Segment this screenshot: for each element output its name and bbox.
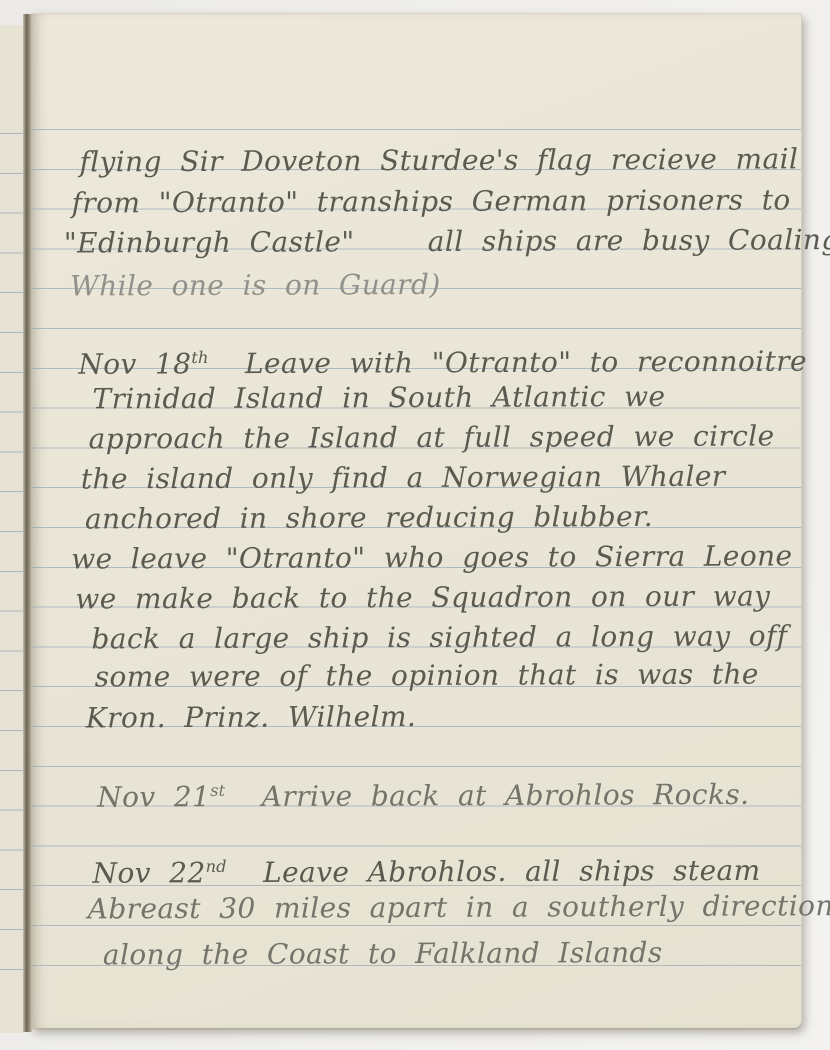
previous-page-edge xyxy=(0,25,23,1033)
diary-line: from "Otranto" tranships German prisoner… xyxy=(72,181,791,222)
diary-line: anchored in shore reducing blubber. xyxy=(85,498,653,538)
diary-page-photo: flying Sir Doveton Sturdee's flag reciev… xyxy=(0,0,830,1050)
ordinal-suffix: nd xyxy=(206,857,227,876)
diary-line: Kron. Prinz. Wilhelm. xyxy=(86,698,417,737)
diary-line: back a large ship is sighted a long way … xyxy=(91,617,787,658)
diary-line: some were of the opinion that is was the xyxy=(95,656,759,697)
entry-text: Leave Abrohlos. all ships steam xyxy=(226,854,760,889)
diary-line: we make back to the Squadron on our way xyxy=(75,577,770,618)
entry-text: Leave with "Otranto" to reconnoitre xyxy=(208,345,807,381)
diary-line: Trinidad Island in South Atlantic we xyxy=(92,378,665,418)
notebook-page: flying Sir Doveton Sturdee's flag reciev… xyxy=(31,13,802,1028)
entry-date: Nov 18 xyxy=(78,347,191,380)
entry-date: Nov 22 xyxy=(92,856,205,889)
previous-page-ruled-lines xyxy=(0,133,23,1005)
diary-line: the island only find a Norwegian Whaler xyxy=(81,458,726,499)
diary-line: Nov 18th Leave with "Otranto" to reconno… xyxy=(78,336,807,384)
diary-line: Nov 21st Arrive back at Abrohlos Rocks. xyxy=(97,770,749,817)
diary-line: "Edinburgh Castle" all ships are busy Co… xyxy=(64,221,830,262)
diary-line: we leave "Otranto" who goes to Sierra Le… xyxy=(71,537,792,578)
diary-line: While one is on Guard) xyxy=(70,266,441,306)
diary-line: Nov 22nd Leave Abrohlos. all ships steam xyxy=(92,846,760,893)
entry-text: Arrive back at Abrohlos Rocks. xyxy=(225,778,749,813)
diary-line: flying Sir Doveton Sturdee's flag reciev… xyxy=(79,140,798,181)
diary-line: along the Coast to Falkland Islands xyxy=(103,934,663,974)
diary-line: Abreast 30 miles apart in a southerly di… xyxy=(88,887,830,928)
ordinal-suffix: th xyxy=(191,348,208,367)
entry-date: Nov 21 xyxy=(97,780,210,813)
handwriting-layer: flying Sir Doveton Sturdee's flag reciev… xyxy=(29,12,803,1029)
diary-line: approach the Island at full speed we cir… xyxy=(89,417,775,458)
ordinal-suffix: st xyxy=(210,781,225,800)
